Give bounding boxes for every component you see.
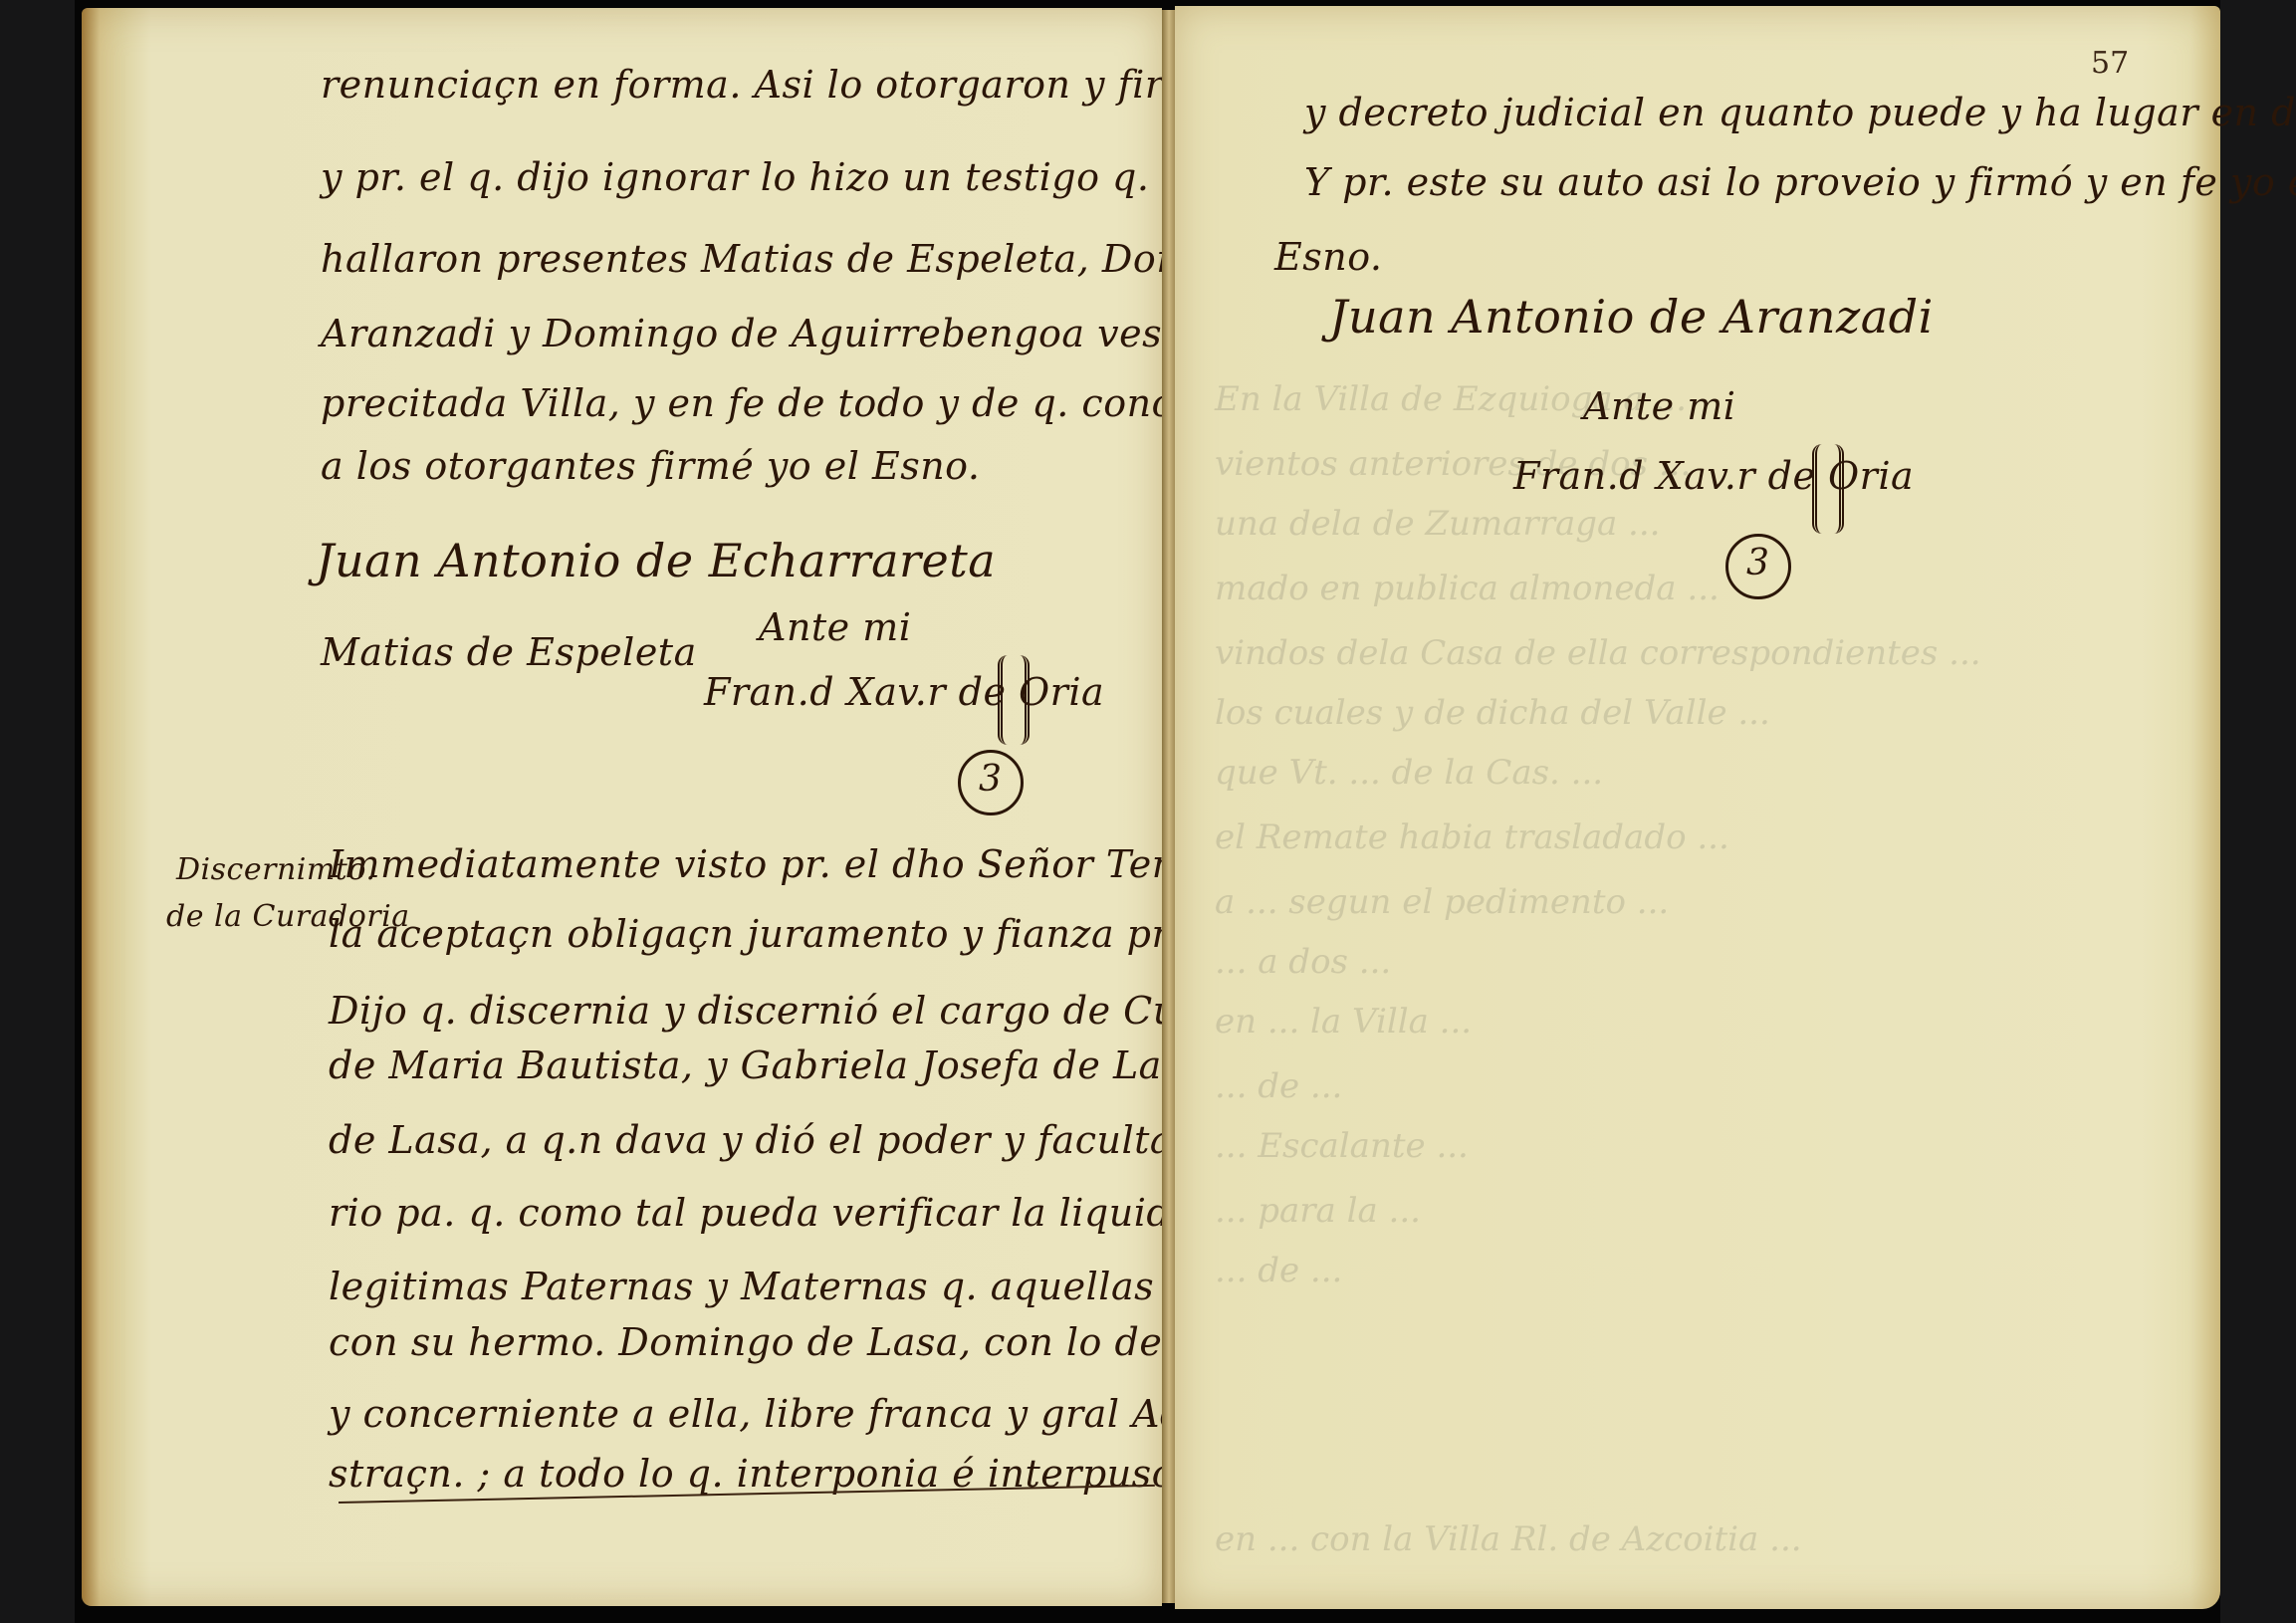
bleed-through-line: ... a dos ... [1215, 942, 1391, 982]
notary-rubric-icon [958, 750, 1024, 815]
text-line: hallaron presentes Matias de Espeleta, D… [321, 237, 1287, 281]
bleed-through-line: en ... con la Villa Rl. de Azcoitia ... [1215, 1519, 1802, 1559]
ante-mi-label: Ante mi [1583, 384, 1735, 428]
bleed-through-line: en ... la Villa ... [1215, 1002, 1472, 1042]
bleed-through-line: ... de ... [1215, 1251, 1342, 1290]
bleed-through-line: a ... segun el pedimento ... [1215, 882, 1669, 922]
signature-witness: Matias de Espeleta [321, 630, 697, 674]
signature-main: Juan Antonio de Echarrareta [316, 534, 996, 587]
notary-flourish-icon [1812, 444, 1844, 534]
text-line: a los otorgantes firmé yo el Esno. [321, 444, 980, 488]
page-number: 57 [2091, 46, 2129, 81]
notary-flourish-icon [998, 655, 1030, 745]
bleed-through-line: ... Escalante ... [1215, 1126, 1469, 1166]
bleed-through-line: los cuales y de dicha del Valle ... [1215, 693, 1770, 733]
book-gutter [1162, 10, 1176, 1603]
bleed-through-line: mado en publica almoneda ... [1215, 569, 1720, 608]
signature-notary: Fran.d Xav.r de Oria [1513, 454, 1914, 498]
text-line: rio pa. q. como tal pueda verificar la l… [329, 1191, 1301, 1235]
right-page: 57 En la Villa de Ezquioga a ... vientos… [1175, 6, 2220, 1609]
text-line: precitada Villa, y en fe de todo y de q.… [321, 381, 1241, 425]
text-line: Esno. [1274, 235, 1383, 279]
bleed-through-line: vindos dela Casa de ella correspondiente… [1215, 633, 1981, 673]
bleed-through-line: una dela de Zumarraga ... [1215, 504, 1660, 544]
bleed-through-line: ... de ... [1215, 1066, 1342, 1106]
signature-main: Juan Antonio de Aranzadi [1329, 290, 1934, 344]
signature-notary: Fran.d Xav.r de Oria [704, 670, 1104, 714]
text-line: y concerniente a ella, libre franca y gr… [329, 1392, 1284, 1436]
text-line: y decreto judicial en quanto puede y ha … [1304, 91, 2296, 134]
text-line: Y pr. este su auto asi lo proveio y firm… [1304, 160, 2296, 204]
notary-rubric-icon [1725, 534, 1791, 599]
bleed-through-line: que Vt. ... de la Cas. ... [1215, 753, 1603, 793]
ante-mi-label: Ante mi [759, 605, 911, 649]
bleed-through-line: ... para la ... [1215, 1191, 1421, 1231]
left-page: renunciaçn en forma. Asi lo otorgaron y … [82, 8, 1162, 1606]
bleed-through-line: el Remate habia trasladado ... [1215, 817, 1729, 857]
